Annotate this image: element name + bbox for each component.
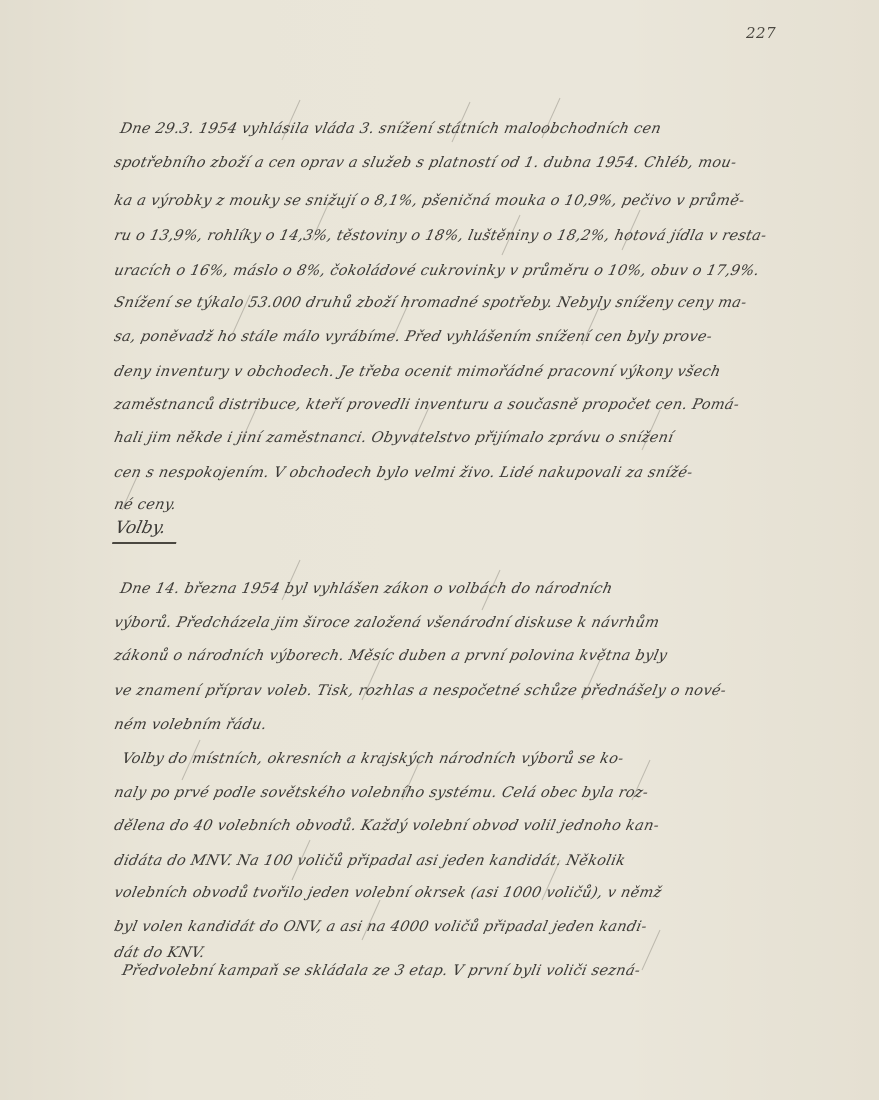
text-line: volebních obvodů tvořilo jeden volební o… (112, 882, 664, 904)
text-line: né ceny. (112, 494, 179, 516)
section-heading-elections: Volby. (112, 518, 182, 544)
text-line: cen s nespokojením. V obchodech bylo vel… (112, 462, 695, 484)
text-line: hali jim někde i jiní zaměstnanci. Obyva… (112, 427, 676, 449)
text-line: byl volen kandidát do ONV, a asi na 4000… (112, 916, 649, 938)
chronicle-page: 227 Dne 29.3. 1954 vyhlásila vláda 3. sn… (0, 0, 879, 1100)
text-line: spotřebního zboží a cen oprav a služeb s… (112, 152, 739, 174)
text-line: ka a výrobky z mouky se snižují o 8,1%, … (112, 190, 747, 212)
text-line: výborů. Předcházela jim široce založená … (112, 612, 662, 634)
text-line: naly po prvé podle sovětského volebního … (112, 782, 650, 804)
text-line: Předvolební kampaň se skládala ze 3 etap… (120, 960, 642, 982)
text-line: Snížení se týkalo 53.000 druhů zboží hro… (112, 292, 749, 314)
text-line: Dne 14. března 1954 byl vyhlášen zákon o… (118, 578, 615, 600)
text-line: ve znamení příprav voleb. Tisk, rozhlas … (112, 680, 728, 702)
text-line: sa, poněvadž ho stále málo vyrábíme. Pře… (112, 326, 714, 348)
text-line: deny inventury v obchodech. Je třeba oce… (112, 361, 723, 383)
text-line: dělena do 40 volebních obvodů. Každý vol… (112, 815, 661, 837)
text-line: Volby do místních, okresních a krajských… (120, 748, 626, 770)
text-line: Dne 29.3. 1954 vyhlásila vláda 3. snížen… (118, 118, 663, 140)
text-line: ru o 13,9%, rohlíky o 14,3%, těstoviny o… (112, 225, 769, 247)
text-line: zaměstnanců distribuce, kteří provedli i… (112, 394, 741, 416)
text-line: didáta do MNV. Na 100 voličů připadal as… (112, 850, 628, 872)
text-line: uracích o 16%, máslo o 8%, čokoládové cu… (112, 260, 762, 282)
text-line: zákonů o národních výborech. Měsíc duben… (112, 645, 669, 667)
text-line: ném volebním řádu. (112, 714, 269, 736)
page-number: 227 (746, 24, 776, 42)
